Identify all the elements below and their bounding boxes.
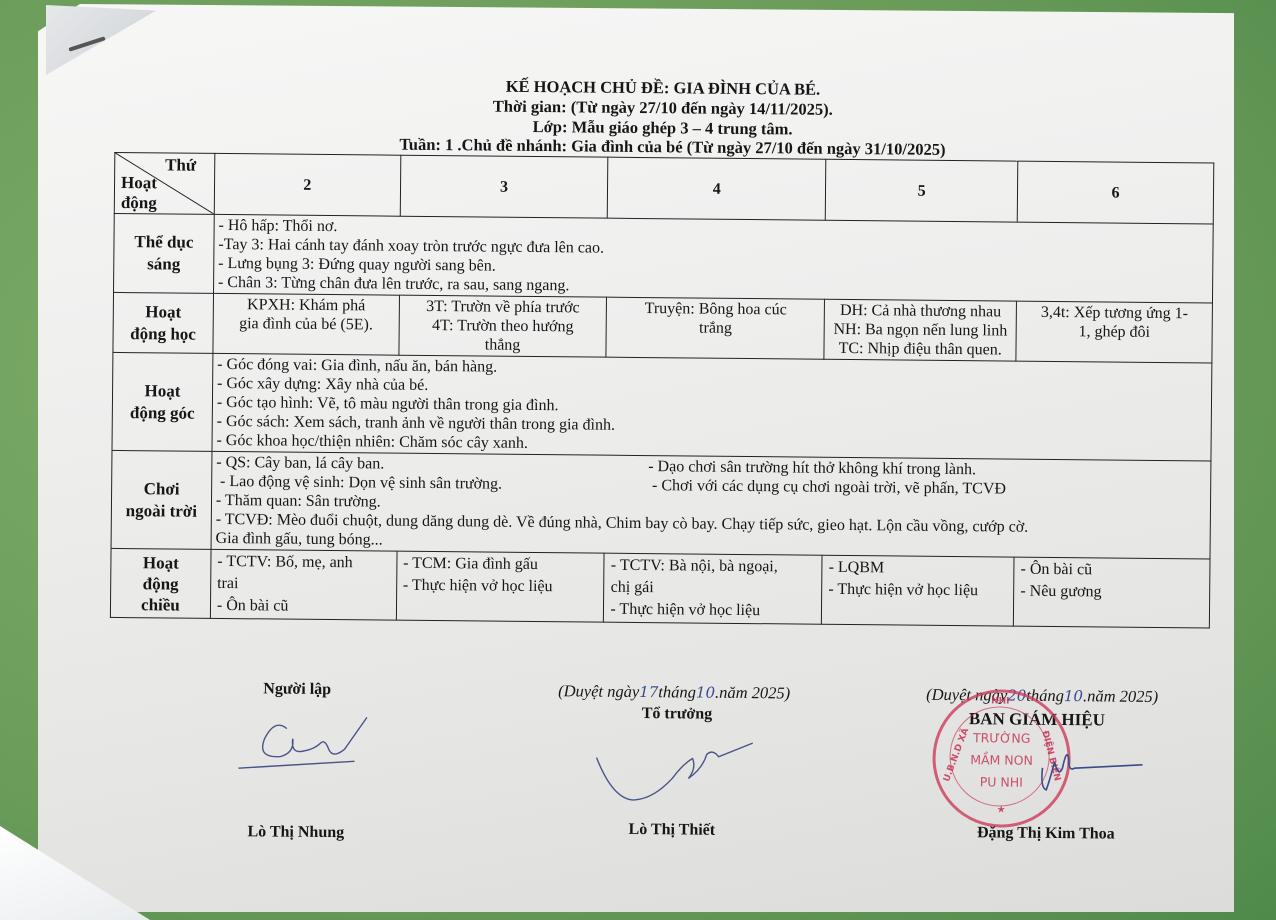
leader-approval-date: (Duyệt ngày17tháng10.năm 2025) <box>519 681 829 704</box>
hoat-dong-goc-content: - Góc đóng vai: Gia đình, nấu ăn, bán hà… <box>212 353 1212 461</box>
table-row-the-duc-sang: Thể dục sáng - Hô hấp: Thổi nơ. -Tay 3: … <box>114 213 1214 303</box>
row-label-hoat-dong-hoc: Hoạt động học <box>113 292 213 353</box>
leader-approval-month: 10 <box>696 684 715 702</box>
hoat-dong-hoc-day-3: 3T: Trườn về phía trước 4T: Trườn theo h… <box>399 295 607 357</box>
table-row-hoat-dong-hoc: Hoạt động học KPXH: Khám phá gia đình củ… <box>113 292 1213 363</box>
preparer-name: Lò Thị Nhung <box>216 823 376 843</box>
preparer-signature <box>234 708 405 780</box>
row-label-hoat-dong-goc: Hoạt động góc <box>112 352 213 451</box>
day-header-5: 5 <box>825 159 1018 222</box>
hoat-dong-hoc-day-6: 3,4t: Xếp tương ứng 1- 1, ghép đôi <box>1016 301 1212 363</box>
board-signature <box>1032 738 1153 799</box>
preparer-role: Người lập <box>237 680 357 699</box>
table-header-row: Thứ Hoạt động 2 3 4 5 6 <box>114 152 1214 224</box>
corner-label-activity: Hoạt động <box>121 173 157 213</box>
day-header-2: 2 <box>214 153 400 216</box>
plan-table: Thứ Hoạt động 2 3 4 5 6 Thể dục sáng - H… <box>110 152 1214 629</box>
day-header-6: 6 <box>1017 161 1213 224</box>
hoat-dong-hoc-day-5: DH: Cả nhà thương nhau NH: Ba ngọn nến l… <box>824 299 1017 361</box>
hoat-dong-chieu-day-6: - Ôn bài cũ - Nêu gương <box>1014 557 1210 628</box>
document: KẾ HOẠCH CHỦ ĐỀ: GIA ĐÌNH CỦA BÉ. Thời g… <box>0 0 1276 920</box>
stamp-star-icon: ★ <box>935 804 1067 816</box>
corner-label-day: Thứ <box>165 155 196 174</box>
row-label-choi-ngoai-troi: Chơi ngoài trời <box>111 450 212 549</box>
leader-name: Lò Thị Thiết <box>592 821 752 841</box>
hoat-dong-chieu-day-2: - TCTV: Bố, mẹ, anh trai - Ôn bài cũ <box>210 549 396 620</box>
hoat-dong-hoc-day-2: KPXH: Khám phá gia đình của bé (5E). <box>213 293 399 355</box>
hoat-dong-hoc-day-4: Truyện: Bông hoa cúc trắng <box>606 297 824 359</box>
choi-ngoai-troi-content: - QS: Cây ban, lá cây ban. - Lao động vệ… <box>211 451 1211 559</box>
hoat-dong-chieu-day-5: - LQBM - Thực hiện vở học liệu <box>822 555 1015 626</box>
stamp-ring-top: NHI <box>991 696 1010 706</box>
board-name: Đặng Thị Kim Thoa <box>956 824 1136 844</box>
board-approval-month: 10 <box>1064 687 1083 705</box>
hoat-dong-chieu-day-4: - TCTV: Bà nội, bà ngoại, chị gái - Thực… <box>604 553 822 624</box>
table-row-hoat-dong-goc: Hoạt động góc - Góc đóng vai: Gia đình, … <box>112 352 1212 461</box>
table-row-hoat-dong-chieu: Hoạt động chiều - TCTV: Bố, mẹ, anh trai… <box>110 548 1210 628</box>
leader-approval-day: 17 <box>639 683 658 701</box>
the-duc-sang-content: - Hô hấp: Thổi nơ. -Tay 3: Hai cánh tay … <box>213 214 1213 303</box>
leader-signature <box>592 738 763 810</box>
leader-role: Tổ trưởng <box>597 705 757 725</box>
row-label-the-duc-sang: Thể dục sáng <box>114 213 215 293</box>
row-label-hoat-dong-chieu: Hoạt động chiều <box>110 548 211 618</box>
day-header-4: 4 <box>608 157 826 220</box>
day-header-3: 3 <box>400 155 608 218</box>
table-row-choi-ngoai-troi: Chơi ngoài trời - QS: Cây ban, lá cây ba… <box>111 450 1211 559</box>
hoat-dong-chieu-day-3: - TCM: Gia đình gấu - Thực hiện vở học l… <box>396 551 604 622</box>
corner-header-cell: Thứ Hoạt động <box>114 152 214 214</box>
